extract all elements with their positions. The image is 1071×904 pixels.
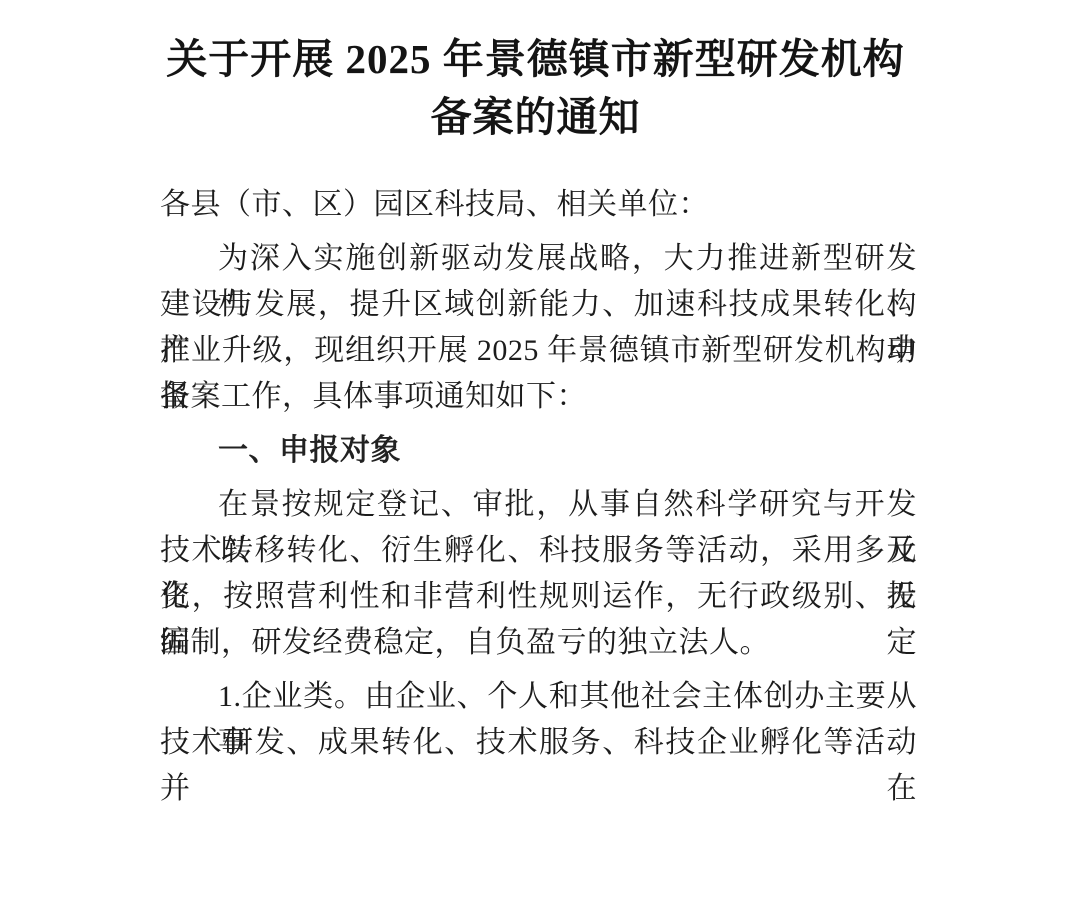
document-title-line-2: 备案的通知 bbox=[0, 88, 1071, 146]
document-title-line-1: 关于开展 2025 年景德镇市新型研发机构 bbox=[0, 30, 1071, 88]
salutation-line: 各县（市、区）园区科技局、相关单位： bbox=[160, 182, 917, 228]
body-line: 资，按照营利性和非营利性规则运作，无行政级别、无固定 bbox=[160, 574, 917, 620]
document-body: 各县（市、区）园区科技局、相关单位： 为深入实施创新驱动发展战略，大力推进新型研… bbox=[160, 182, 917, 766]
body-line: 技术转移转化、衍生孵化、科技服务等活动，采用多元化投 bbox=[160, 528, 917, 574]
body-line: 为深入实施创新驱动发展战略，大力推进新型研发机构 bbox=[160, 236, 917, 282]
body-line: 在景按规定登记、审批，从事自然科学研究与开发以及 bbox=[160, 482, 917, 528]
document-title: 关于开展 2025 年景德镇市新型研发机构 备案的通知 bbox=[0, 30, 1071, 146]
body-line: 建设与发展，提升区域创新能力、加速科技成果转化、推动 bbox=[160, 282, 917, 328]
body-line: 备案工作，具体事项通知如下： bbox=[160, 374, 917, 420]
body-line: 产业升级，现组织开展 2025 年景德镇市新型研发机构申报 bbox=[160, 328, 917, 374]
document-page: 关于开展 2025 年景德镇市新型研发机构 备案的通知 各县（市、区）园区科技局… bbox=[0, 0, 1071, 904]
body-line: 1.企业类。由企业、个人和其他社会主体创办主要从事 bbox=[160, 674, 917, 720]
body-line: 技术研发、成果转化、技术服务、科技企业孵化等活动并在 bbox=[160, 720, 917, 766]
section-heading-application-targets: 一、申报对象 bbox=[160, 428, 917, 474]
